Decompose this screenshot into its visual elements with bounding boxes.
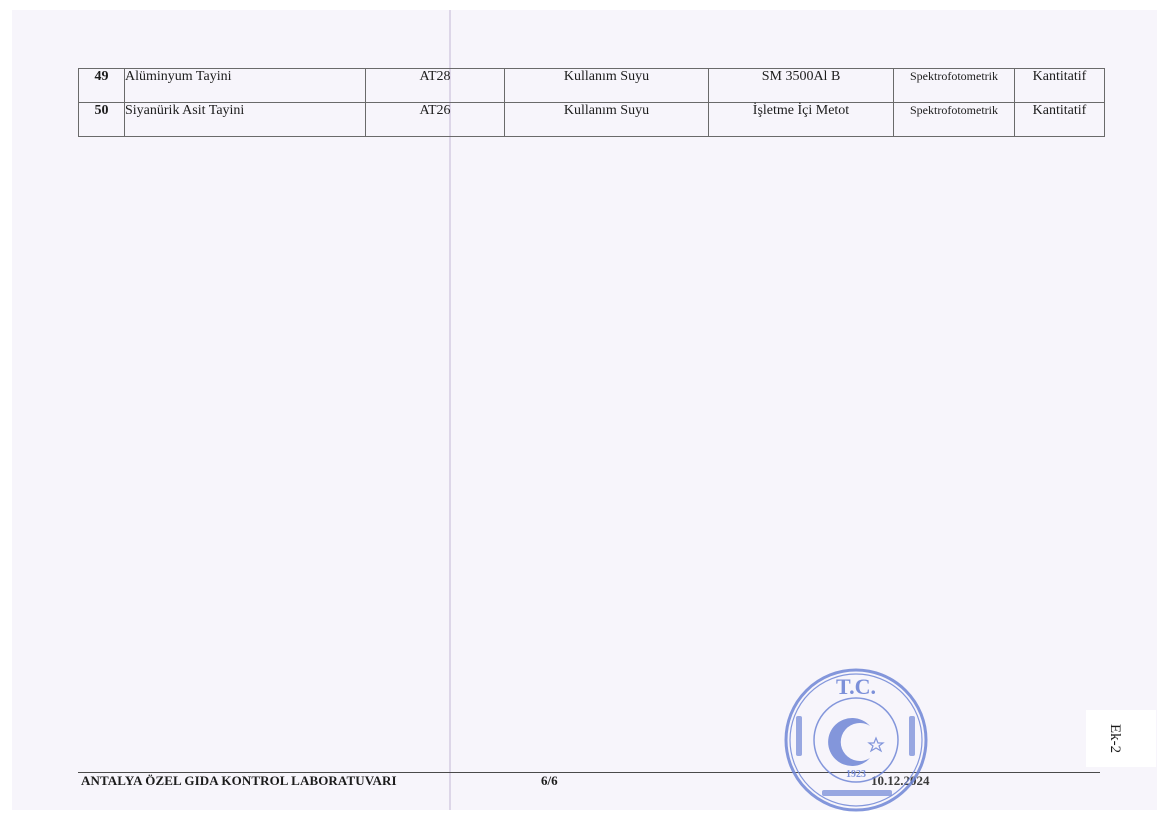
svg-text:1923: 1923 <box>846 769 866 780</box>
analysis-code: AT28 <box>366 69 505 103</box>
footer-laboratory-name: ANTALYA ÖZEL GIDA KONTROL LABORATUVARI <box>81 773 397 789</box>
footer-page-number: 6/6 <box>541 773 558 789</box>
analysis-name: Siyanürik Asit Tayini <box>125 103 366 137</box>
row-number: 49 <box>79 69 125 103</box>
sample-matrix: Kullanım Suyu <box>505 103 709 137</box>
svg-text:T.C.: T.C. <box>836 674 876 699</box>
official-seal-stamp-icon: T.C. 1923 <box>782 666 930 814</box>
sample-matrix: Kullanım Suyu <box>505 69 709 103</box>
table-row: 50 Siyanürik Asit Tayini AT26 Kullanım S… <box>79 103 1105 137</box>
analysis-table: 49 Alüminyum Tayini AT28 Kullanım Suyu S… <box>78 68 1105 137</box>
technique: Spektrofotometrik <box>894 69 1015 103</box>
analysis-type: Kantitatif <box>1015 103 1105 137</box>
annex-label: Ek-2 <box>1106 724 1123 753</box>
test-method: İşletme İçi Metot <box>709 103 894 137</box>
table-row: 49 Alüminyum Tayini AT28 Kullanım Suyu S… <box>79 69 1105 103</box>
technique: Spektrofotometrik <box>894 103 1015 137</box>
analysis-name: Alüminyum Tayini <box>125 69 366 103</box>
analysis-type: Kantitatif <box>1015 69 1105 103</box>
analysis-code: AT26 <box>366 103 505 137</box>
row-number: 50 <box>79 103 125 137</box>
test-method: SM 3500Al B <box>709 69 894 103</box>
